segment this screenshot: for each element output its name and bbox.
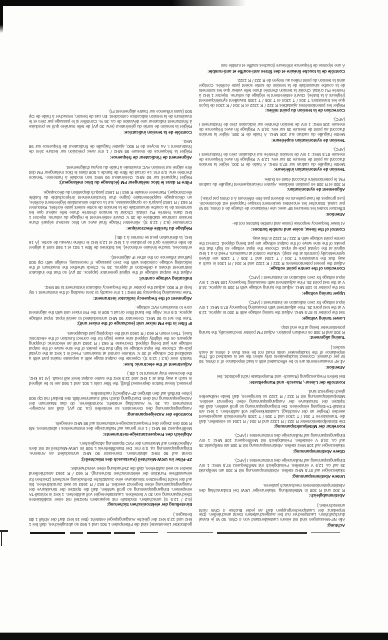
section-heading: Contrôle de la touche linéaire et des fi… — [199, 68, 345, 73]
section-block: Achtung:Alle NF-Messungen sind mit einem… — [199, 502, 345, 527]
section-body: Régler la fréquence de mesure 98 MHz / 1… — [29, 139, 192, 154]
section-block: Einstellung der elektronischen Sicherung… — [29, 466, 192, 507]
section-block: Alignment of the frequency indicator ins… — [29, 285, 192, 301]
section-block: Obere Abstimmspannung:Skalenzeiger auf 1… — [199, 433, 345, 453]
section-heading: Kontrolle der Linear-, Rausch- und Rumpe… — [199, 379, 345, 384]
section-block: pressed, linear button depressed [flat])… — [29, 371, 192, 386]
section-block: Correction de la tension du point milieu… — [199, 77, 345, 112]
section-body: Effectuer toutes les mesures BF avec une… — [199, 196, 345, 211]
section-body: À une réponse de fréquence inférieure (t… — [199, 62, 345, 67]
section-body: Switch over (6.2 / 12.5 S). Operate the … — [29, 331, 192, 361]
section-heading: Alignement de l'indicateur de fréquence: — [29, 155, 192, 160]
section-heading: Einstellung der elektronischen Sicherung… — [29, 502, 192, 507]
section-body: (6.2 / 12.5 S) umschalten. Endstufe mit … — [29, 466, 192, 501]
separator-dash — [311, 532, 340, 533]
section-heading: Attention: — [199, 364, 345, 369]
section-block: Tension de syntonisation inférieure:Mett… — [199, 146, 345, 171]
section-body: Ausgangsspannung des Generators so einst… — [29, 391, 192, 411]
section-body: Alle NF-Messungen sind mit einem Lastwid… — [199, 502, 345, 522]
section-body: At lower frequency response (noise and r… — [199, 220, 345, 225]
section-heading: Tension de syntonisation inférieure: — [199, 166, 345, 171]
scanned-document-page: Achtung:Alle NF-Messungen sind mit einem… — [0, 0, 388, 640]
section-block: Korrektur der Mittelpunktspannung:Die Ei… — [199, 388, 345, 428]
section-heading: Korrektur der Mittelpunktspannung: — [199, 423, 345, 428]
section-heading: Upper tuning voltage: — [199, 290, 345, 295]
separator-dash — [217, 532, 307, 534]
section-body: Adjust the output voltage of the signal … — [29, 255, 192, 275]
scan-edge-bottom-bar — [0, 633, 388, 640]
separator-dash — [114, 532, 135, 534]
section-heading: Réglage du fusible électronique: — [29, 226, 192, 231]
section-block: IF filter in the FM mixer unit (exchange… — [29, 305, 192, 326]
section-block: Réglage du fusible électronique:Commuter… — [29, 190, 192, 231]
text-columns: Achtung:Alle NF-Messungen sind mit einem… — [29, 15, 345, 527]
column-right: gedrückter Lineartaste) sind die Filters… — [29, 15, 192, 527]
section-body: Skalenzeiger auf 108 MHz stellen. Abstim… — [199, 433, 345, 448]
section-body: Régler l'appareil sur 90 MHz. Générateur… — [29, 165, 192, 180]
section-heading: Achtung: — [199, 522, 345, 527]
section-body: Régler les potentiomètres ajustables R 3… — [199, 77, 345, 106]
section-block: Tension de syntonisation supérieure:Mett… — [199, 117, 345, 142]
section-block: Filtre FI dans le bloc mélangeur FM (éch… — [29, 165, 192, 186]
section-heading: IF filter in the FM mixer unit (exchange… — [29, 321, 192, 326]
section-body: R 300 et R 308 en position médiane. Ajus… — [199, 176, 345, 186]
section-heading: Alignement de syntonisation: — [199, 186, 345, 191]
section-heading: Adjustment of the electronic fuse: — [29, 362, 192, 367]
section-body: Set the pointer to 108 MHz. Adjust the t… — [199, 275, 345, 290]
section-heading: ZF-Filter im UKW-Mischteil (Austausch de… — [29, 457, 192, 462]
section-block: Control of the linear, noise and rumble … — [199, 220, 345, 231]
section-body: Set the pointer to 87.5 MHz. Adjust the … — [199, 299, 345, 314]
section-block: Upper tuning voltage:Set the pointer to … — [199, 275, 345, 295]
separator-dash — [140, 532, 158, 533]
section-heading: Contrôle de la tension indicatrice: — [29, 130, 192, 135]
section-block: Attention:All AF measurements are to be … — [199, 344, 345, 369]
section-body: Die Einstellpotentiometer R 322 / R 1322… — [199, 388, 345, 422]
section-heading: Alignment of the frequency indicator ins… — [29, 296, 192, 301]
section-heading: Abstimmabgleich: — [199, 492, 345, 497]
scan-edge-top-bar — [0, 0, 246, 6]
section-block: Untere Abstimmspannung:Skalenzeiger auf … — [199, 457, 345, 477]
corner-mark-vertical — [1, 530, 3, 546]
separator-dash — [87, 532, 111, 534]
section-heading: Tension de syntonisation supérieure: — [199, 137, 345, 142]
section-block: Lower tuning voltage:Set the pointer to … — [199, 299, 345, 319]
section-block: Kontrolle der Anzeigespannung:Ausgangssp… — [29, 391, 192, 417]
section-body: All AF measurements are to be effectuate… — [199, 344, 345, 364]
section-block: Indicating voltage control:Adjust the ou… — [29, 255, 192, 281]
section-heading: Kontrolle der Anzeigespannung: — [29, 411, 192, 416]
section-heading: Lower tuning voltage: — [199, 315, 345, 320]
section-body: R 300 and R 308 on medium position. Adju… — [199, 324, 345, 334]
section-body: gedrückter Lineartaste) sind die Filters… — [29, 512, 192, 527]
section-block: enfoncées, touche linéaire enfoncée), le… — [29, 235, 192, 250]
section-heading: Abgleich des Frequenzanzeige-Instruments… — [29, 432, 192, 437]
section-body: Mettre l'aiguille du cadran sur 87,5 MHz… — [199, 146, 345, 166]
section-block: Adjustment of the electronic fuse:Switch… — [29, 331, 192, 367]
separator-dash — [70, 532, 83, 534]
section-heading: Filtre FI dans le bloc mélangeur FM (éch… — [29, 180, 192, 185]
section-body: enfoncées, touche linéaire enfoncée), le… — [29, 235, 192, 250]
section-heading: Control of the linear, noise and rumble … — [199, 226, 345, 231]
section-block: Alignement de l'indicateur de fréquence:… — [29, 139, 192, 160]
section-block: Abstimmabgleich:R 300 und R 308 in Mitte… — [199, 482, 345, 497]
section-heading: Tuning alignment: — [199, 334, 345, 339]
dashed-separator-rule — [0, 530, 388, 550]
section-body: Régler la tension de sortie du générateu… — [29, 109, 192, 129]
section-heading: Indicating voltage control: — [29, 276, 192, 281]
section-body: Gerät auf 90 MHz abstimmen. Generator 90… — [29, 441, 192, 456]
section-heading: Correction de la tension du point milieu… — [199, 107, 345, 112]
section-body: Meßfrequenz 98 MHz / 1 mV genau auf Null… — [29, 421, 192, 431]
section-body: Commuter (6.2 / 12.5 S). Alimenter l'éta… — [29, 190, 192, 225]
section-body: Mettre l'aiguille du cadran sur 108 MHz.… — [199, 117, 345, 137]
section-body: pressed, linear button depressed [flat])… — [29, 371, 192, 386]
section-block: Contrôle de la touche linéaire et des fi… — [199, 62, 345, 73]
section-heading: Untere Abstimmspannung: — [199, 473, 345, 478]
section-heading: Attention: — [199, 211, 345, 216]
column-left: Achtung:Alle NF-Messungen sind mit einem… — [199, 15, 345, 527]
section-block: Correction of the centre point voltage:A… — [199, 235, 345, 270]
section-body: Tune the set to 90 MHz. Generator 90 MHz… — [29, 305, 192, 320]
section-block: Tuning alignment:R 300 and R 308 on medi… — [199, 324, 345, 339]
section-body: Adjust the preset potentiometers R 322 /… — [199, 235, 345, 264]
separator-dash — [167, 532, 213, 533]
section-block: Contrôle de la tension indicatrice:Régle… — [29, 109, 192, 135]
section-body: Tune measuring frequency 98 MHz / 1 mV e… — [29, 285, 192, 295]
section-block: gedrückter Lineartaste) sind die Filters… — [29, 512, 192, 527]
section-body: Skalenzeiger auf 87,5 MHz stellen. Absti… — [199, 457, 345, 472]
section-heading: Obere Abstimmspannung: — [199, 448, 345, 453]
section-block: ZF-Filter im UKW-Mischteil (Austausch de… — [29, 441, 192, 462]
section-block: Kontrolle der Linear-, Rausch- und Rumpe… — [199, 373, 345, 384]
section-body: R 300 und R 308 in Mittelstellung. Skale… — [199, 482, 345, 492]
section-block: Attention:Effectuer toutes les mesures B… — [199, 196, 345, 216]
scan-edge-left-bar — [0, 0, 3, 33]
section-heading: Correction of the centre point voltage: — [199, 265, 345, 270]
separator-dash — [30, 532, 65, 534]
section-block: Alignement de syntonisation:R 300 et R 3… — [199, 176, 345, 191]
section-block: Abgleich des Frequenzanzeige-Instruments… — [29, 421, 192, 437]
section-body: Bei tiefem Frequenzgang (Rausch- und Rum… — [199, 373, 345, 378]
